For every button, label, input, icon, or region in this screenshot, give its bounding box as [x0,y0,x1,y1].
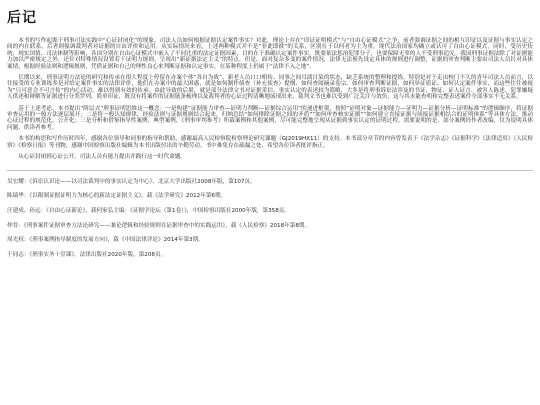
footnote-item-2: 陈瑞华：《以限制证据证明力为核心的新法定证据主义》，载《法学研究》2012年第6… [7,193,533,199]
body-text-block: 本书的写作起源于刑事司法实践中“心证封闭化”的现象。司法人员如何根据证据认定案件… [7,38,533,161]
page-title: 后记 [7,7,533,27]
footnote-divider [7,170,533,171]
footnotes-block: 吴宏耀：《诉讼认识论——以司法裁判中的事实认定为中心》，北京大学出版社2008年… [7,179,533,259]
body-paragraph-3: 基于上述考虑，本书提出“阶层式”刑事证明思维这一概念：一是构建“证据能力审查—证… [7,106,533,132]
afterword-book-page: 后记 本书的写作起源于刑事司法实践中“心证封闭化”的现象。司法人员如何根据证据认… [0,0,540,405]
body-paragraph-2: 长期以来，刑事证明方法论的研究和传承在很大程度上停留在办案个体“各自为战”、新老… [7,75,533,101]
body-paragraph-4: 本书的构思和写作历时四年，感谢各位领导和同事的指导和帮助，感谢最高人民检察院检察… [7,136,533,149]
footnote-item-5: 周光权：《刑事案例指导制度的发展方向》，载《中国法律评论》2014年第3期。 [7,237,533,243]
body-paragraph-closing: 从心证封闭到心证公开，司法人员有能力提出并践行这一时代命题。 [7,154,533,160]
footnote-item-3: 汪建成、孙远：《自由心证新论》，载何家弘主编：《证据学论坛（第1卷）》，中国检察… [7,208,533,214]
footnote-item-6: 于同志：《刑事实务十堂课》，法律出版社2020年版，第208页。 [7,252,533,258]
footnote-item-1: 吴宏耀：《诉讼认识论——以司法裁判中的事实认定为中心》，北京大学出版社2008年… [7,179,533,185]
footnote-item-4: 仲晋：《刑事案件证据审查方法论研究——兼论逻辑和经验规则在证据审查中的实践运用》… [7,223,533,229]
body-paragraph-1: 本书的写作起源于刑事司法实践中“心证封闭化”的现象。司法人员如何根据证据认定案件… [7,38,533,70]
